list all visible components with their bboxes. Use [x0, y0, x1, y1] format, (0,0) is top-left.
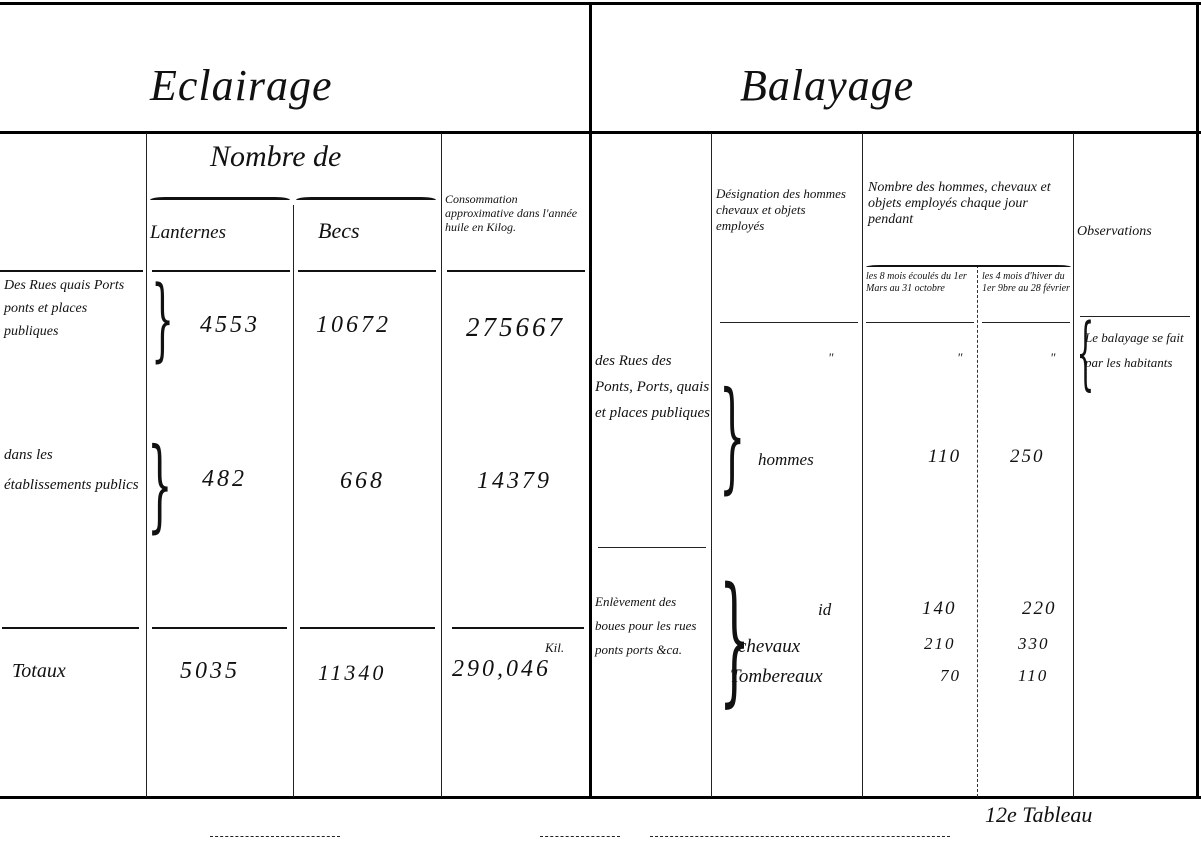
header-underline-4 [447, 270, 585, 272]
footer-rule-1 [210, 836, 340, 837]
totals-lanternes: 5035 [180, 658, 240, 685]
totals-consommation: 290,046 [452, 656, 551, 683]
designation-underline [720, 322, 858, 323]
row-etablissements-becs: 668 [340, 468, 385, 495]
period-underline-1 [866, 322, 974, 323]
col-header-period-1: les 8 mois écoulés du 1er Mars au 31 oct… [866, 271, 974, 295]
section-divider [589, 2, 592, 798]
enlevement-row-1-designation: chevaux [738, 636, 800, 658]
row-brace-etablissements: } [147, 430, 172, 540]
enlevement-row-2-designation: Tombereaux [730, 666, 823, 688]
col-line-becs [293, 205, 294, 797]
section-label-rues: des Rues des Ponts, Ports, quais et plac… [595, 348, 710, 426]
row-etablissements-consommation: 14379 [477, 468, 552, 495]
col-header-nombre: Nombre des hommes, chevaux et objets emp… [868, 180, 1073, 228]
rues-row-0-period-1: " [957, 350, 962, 366]
col-line-period-2 [977, 265, 978, 797]
enlevement-row-0-designation: id [818, 600, 831, 620]
col-line-period-1 [862, 133, 863, 797]
rues-row-0-designation: " [828, 350, 833, 366]
header-underline-1 [0, 270, 143, 272]
tableau-number: 12e Tableau [985, 802, 1092, 828]
enlevement-row-0-period-1: 140 [922, 598, 957, 620]
enlevement-row-1-period-1: 210 [924, 634, 956, 654]
col-line-designation [711, 133, 712, 797]
footer-rule-2 [540, 836, 620, 837]
rues-row-0-period-2: " [1050, 350, 1055, 366]
totals-label: Totaux [12, 660, 66, 683]
nombre-de-brace-2 [296, 197, 436, 200]
eclairage-title: Eclairage [150, 60, 333, 111]
totals-line-4 [452, 627, 584, 629]
row-rues-becs: 10672 [316, 312, 391, 339]
col-line-observations [1073, 133, 1074, 797]
observation-text: Le balayage se fait par les habitants [1085, 325, 1200, 375]
enlevement-row-2-period-1: 70 [940, 666, 961, 686]
totals-line-3 [300, 627, 435, 629]
top-border [0, 2, 1201, 5]
col-line-consommation [441, 133, 442, 797]
observations-underline [1080, 316, 1190, 317]
nombre-de-header: Nombre de [210, 140, 341, 174]
row-etablissements-lanternes: 482 [202, 466, 247, 493]
enlevement-row-2-period-2: 110 [1018, 666, 1048, 686]
col-header-period-2: les 4 mois d'hiver du 1er 9bre au 28 fév… [982, 271, 1072, 295]
rues-row-1-period-1: 110 [928, 446, 961, 468]
bottom-border [0, 796, 1201, 799]
row-label-etablissements: dans les établissements publics [4, 440, 139, 500]
header-underline-3 [298, 270, 436, 272]
col-header-consommation: Consommation approximative dans l'année … [445, 192, 585, 234]
row-label-rues: Des Rues quais Ports ponts et places pub… [4, 274, 139, 343]
col-header-becs: Becs [318, 218, 360, 244]
section-brace-rues: } [719, 372, 746, 502]
section-divider-line [598, 547, 706, 548]
row-brace-rues: } [151, 270, 174, 370]
enlevement-row-1-period-2: 330 [1018, 634, 1050, 654]
title-divider [0, 131, 1201, 134]
enlevement-row-0-period-2: 220 [1022, 598, 1057, 620]
totals-unit: Kil. [545, 640, 564, 656]
rues-row-1-designation: hommes [758, 450, 814, 470]
period-underline-2 [982, 322, 1070, 323]
nombre-de-brace [150, 197, 290, 200]
nombre-balayage-brace [866, 265, 1071, 267]
col-header-designation: Désignation des hommes chevaux et objets… [716, 186, 856, 234]
right-border [1196, 2, 1199, 798]
footer-rule-3 [650, 836, 950, 837]
totals-becs: 11340 [318, 660, 386, 686]
section-label-enlevement: Enlèvement des boues pour les rues ponts… [595, 590, 707, 662]
totals-line-2 [152, 627, 287, 629]
totals-line-1 [2, 627, 139, 629]
row-rues-lanternes: 4553 [200, 312, 260, 339]
row-rues-consommation: 275667 [466, 312, 565, 343]
col-header-observations: Observations [1077, 224, 1197, 240]
balayage-title: Balayage [740, 60, 914, 111]
col-header-lanternes: Lanternes [150, 222, 226, 244]
rues-row-1-period-2: 250 [1010, 446, 1045, 468]
